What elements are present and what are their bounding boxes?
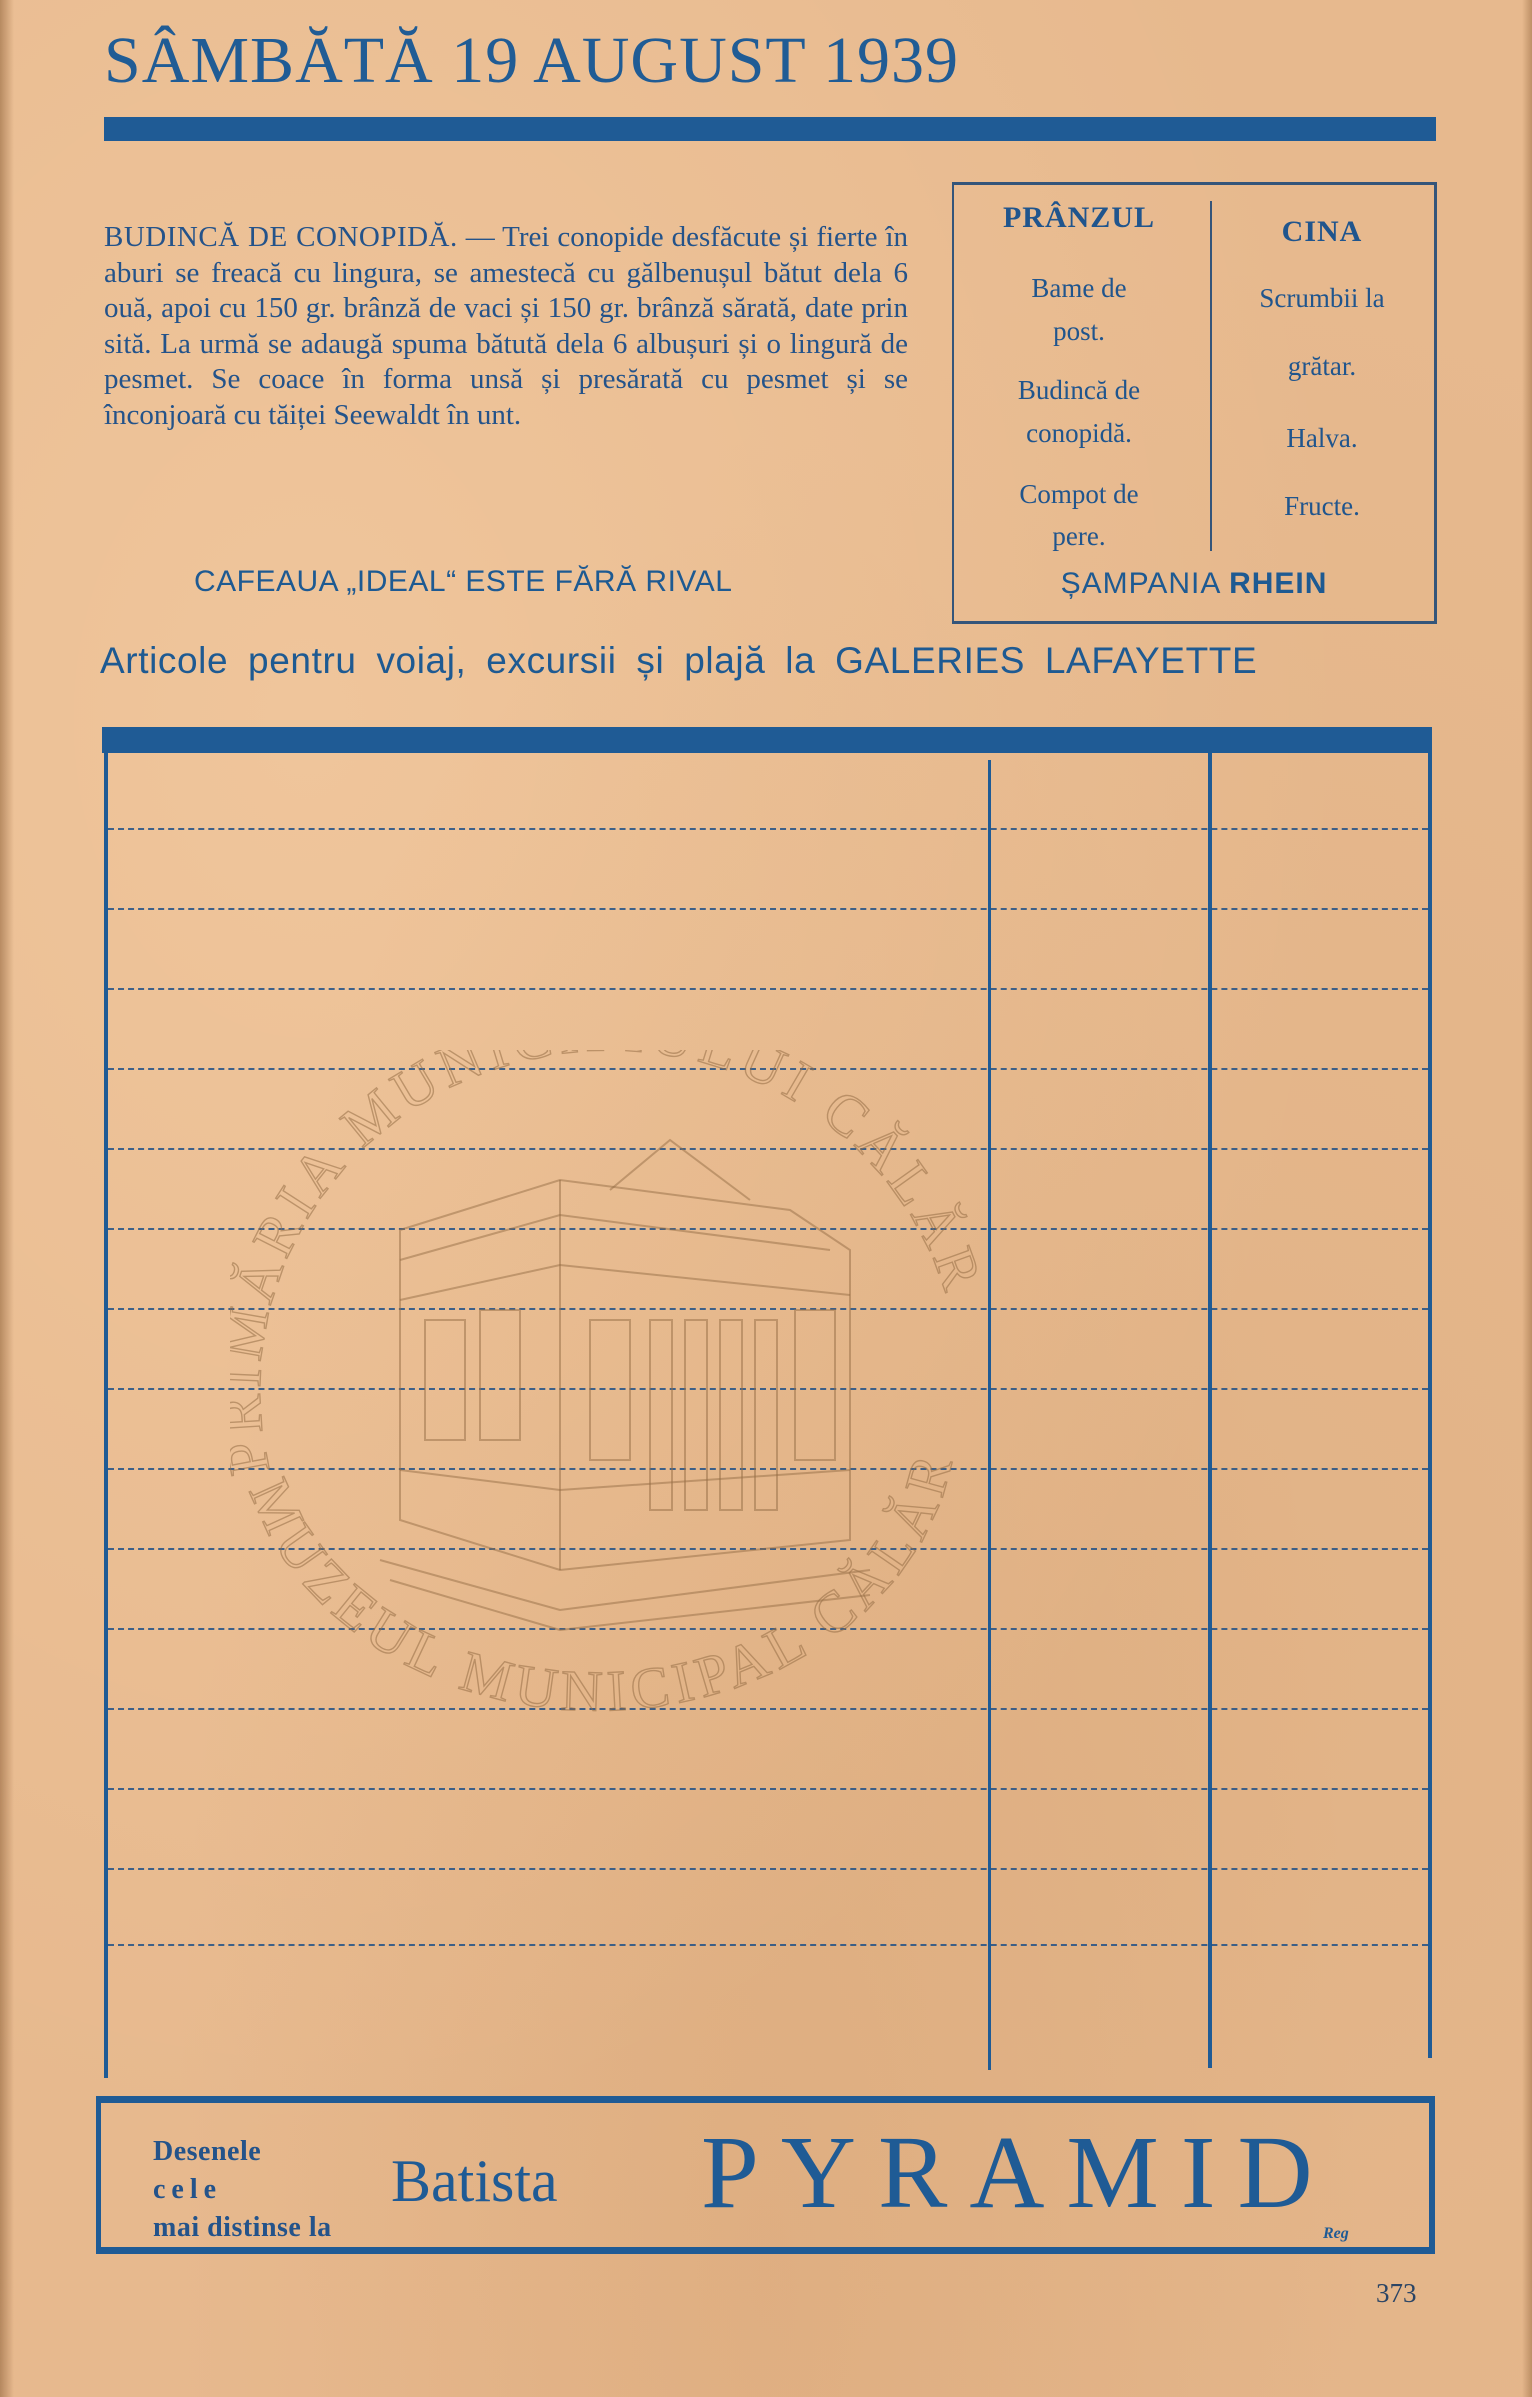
ad-pyramid-tagline-line1b: cele xyxy=(153,2174,222,2205)
menu-dinner-item: Fructe. xyxy=(1210,485,1434,528)
notes-grid-ruled-line xyxy=(108,1068,1428,1070)
menu-lunch-item: Budincă de xyxy=(954,369,1204,412)
menu-lunch-item: pere. xyxy=(954,515,1204,558)
notes-grid-ruled-line xyxy=(108,1788,1428,1790)
stamp-top-text: PRIMĂRIA MUNICIPIULUI CĂLĂRAȘI xyxy=(230,1050,990,1480)
header-rule-bar xyxy=(104,117,1436,141)
menu-lunch-item: conopidă. xyxy=(954,412,1204,455)
ad-champagne-rhein: ȘAMPANIA RHEIN xyxy=(954,567,1434,601)
notes-grid-ruled-line xyxy=(108,1628,1428,1630)
ad-pyramid-tagline: Desenele cele mai distinse la xyxy=(153,2133,333,2247)
page-date-title: SÂMBĂTĂ 19 AUGUST 1939 xyxy=(104,28,959,94)
notes-grid-ruled-line xyxy=(108,1868,1428,1870)
notes-grid-column-divider xyxy=(1208,748,1212,2068)
page-edge-left xyxy=(0,0,14,2397)
menu-box: PRÂNZUL Bame de post. Budincă de conopid… xyxy=(952,182,1437,624)
notes-grid-left-border xyxy=(104,740,108,2078)
notes-grid-ruled-line xyxy=(108,1708,1428,1710)
menu-dinner-item: Halva. xyxy=(1210,417,1434,460)
menu-lunch-item: post. xyxy=(954,310,1204,353)
ad-galeries-lafayette: Articole pentru voiaj, excursii și plajă… xyxy=(100,640,1440,682)
menu-lunch-item: Bame de xyxy=(954,267,1204,310)
recipe-title: BUDINCĂ DE CONOPIDĂ. xyxy=(104,221,458,253)
notes-grid-ruled-line xyxy=(108,1548,1428,1550)
menu-lunch-heading: PRÂNZUL xyxy=(954,201,1204,235)
menu-dinner-item: grătar. xyxy=(1210,345,1434,388)
stamp-building-icon xyxy=(380,1140,870,1630)
ad-champagne-prefix: ȘAMPANIA xyxy=(1061,567,1220,600)
notes-grid-ruled-line xyxy=(108,1148,1428,1150)
ad-pyramid-batista: Batista xyxy=(391,2147,558,2216)
ad-coffee-ideal: CAFEAUA „IDEAL“ ESTE FĂRĂ RIVAL xyxy=(194,565,834,599)
ad-pyramid-reg-mark: Reg xyxy=(1323,2225,1349,2243)
ad-pyramid-tagline-line2: mai distinse la xyxy=(153,2209,333,2247)
notes-grid-ruled-line xyxy=(108,828,1428,830)
notes-grid-ruled-line xyxy=(108,1944,1428,1946)
menu-lunch-item: Compot de xyxy=(954,473,1204,516)
notes-grid-ruled-line xyxy=(108,1308,1428,1310)
ad-pyramid-tagline-line1: Desenele xyxy=(153,2136,261,2167)
menu-dinner-item: Scrumbii la xyxy=(1210,277,1434,320)
recipe-block: BUDINCĂ DE CONOPIDĂ. — Trei conopide des… xyxy=(104,220,908,433)
notes-grid-top-bar xyxy=(102,727,1432,753)
ad-batista-pyramid: Desenele cele mai distinse la Batista PY… xyxy=(96,2096,1435,2254)
notes-grid-ruled-line xyxy=(108,1388,1428,1390)
notes-grid-right-border xyxy=(1428,740,1432,2058)
notes-grid-ruled-line xyxy=(108,1228,1428,1230)
ad-pyramid-brand: PYRAMID xyxy=(701,2121,1335,2225)
page-edge-right xyxy=(1522,0,1532,2397)
notes-grid-ruled-line xyxy=(108,908,1428,910)
notes-grid-ruled-line xyxy=(108,988,1428,990)
notes-grid-ruled-line xyxy=(108,1468,1428,1470)
museum-embossed-stamp: PRIMĂRIA MUNICIPIULUI CĂLĂRAȘI MUZEUL MU… xyxy=(230,1050,990,1770)
menu-dinner-heading: CINA xyxy=(1210,215,1434,249)
notes-grid-column-divider xyxy=(988,760,991,2070)
ad-champagne-brand: RHEIN xyxy=(1229,567,1327,600)
page-number: 373 xyxy=(1376,2278,1417,2309)
